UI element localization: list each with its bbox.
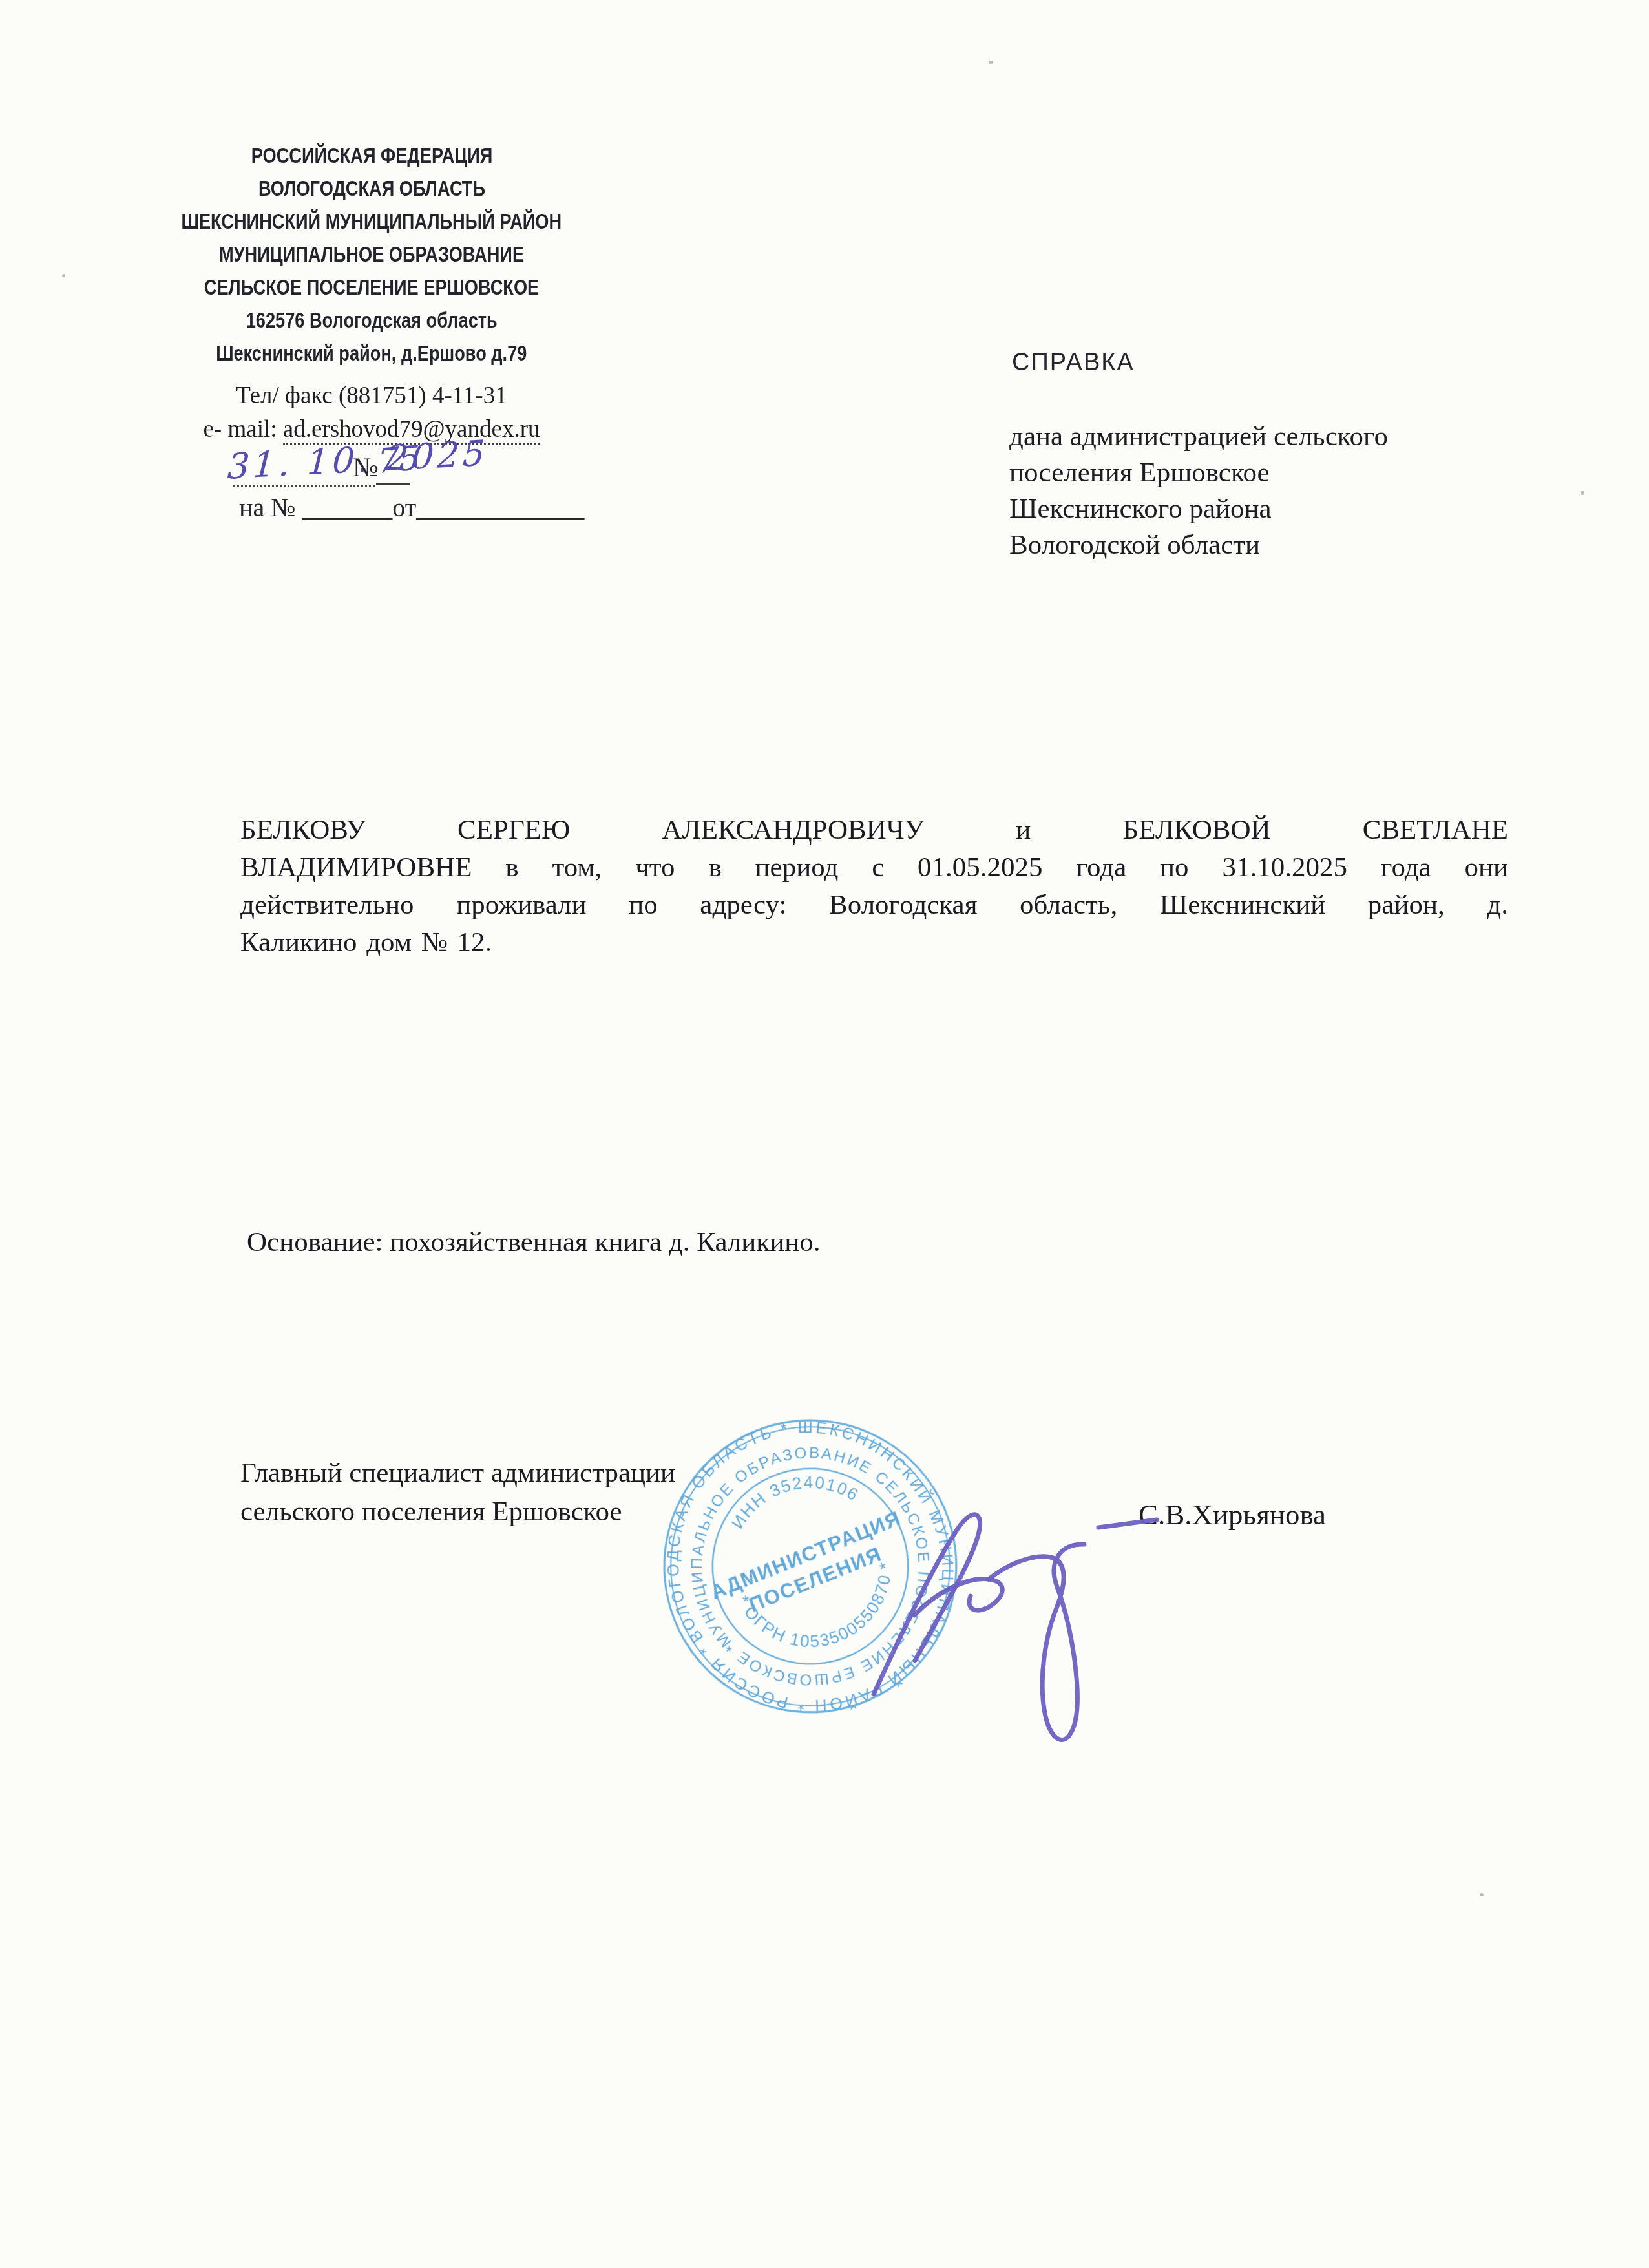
date-underline (233, 461, 375, 487)
scan-speck (989, 61, 993, 64)
email-label: e- mail: (203, 416, 282, 443)
signature-stroke (989, 1544, 1084, 1740)
letterhead-line: СЕЛЬСКОЕ ПОСЕЛЕНИЕ ЕРШОВСКОЕ (189, 271, 554, 304)
basis-line: Основание: похозяйственная книга д. Кали… (247, 1226, 820, 1258)
signer-position-line: Главный специалист администрации (240, 1454, 675, 1493)
body-paragraph: БЕЛКОВУ СЕРГЕЮ АЛЕКСАНДРОВИЧУ и БЕЛКОВОЙ… (240, 812, 1508, 961)
certificate-title: СПРАВКА (1012, 349, 1135, 377)
issuer-line: Вологодской области (1009, 527, 1388, 563)
issuer-block: дана администрацией сельского поселения … (1009, 419, 1388, 563)
signer-position-line: сельского поселения Ершовское (240, 1493, 675, 1531)
phone-line: Тел/ факс (881751) 4-11-31 (189, 379, 554, 412)
scan-speck (62, 274, 65, 277)
handwritten-signature (834, 1480, 1195, 1803)
issuer-line: дана администрацией сельского (1009, 419, 1388, 455)
body-line: БЕЛКОВУ СЕРГЕЮ АЛЕКСАНДРОВИЧУ и БЕЛКОВОЙ… (240, 812, 1508, 849)
scanned-certificate-page: РОССИЙСКАЯ ФЕДЕРАЦИЯ ВОЛОГОДСКАЯ ОБЛАСТЬ… (0, 0, 1649, 2268)
reference-number-line: на № _______от_____________ (239, 492, 584, 523)
body-line: ВЛАДИМИРОВНЕ в том, что в период с 01.05… (240, 849, 1508, 887)
body-line: Каликино дом № 12. (240, 924, 1508, 961)
body-line: действительно проживали по адресу: Волог… (240, 887, 1508, 924)
letterhead-line: ВОЛОГОДСКАЯ ОБЛАСТЬ (189, 173, 554, 205)
letterhead-block: РОССИЙСКАЯ ФЕДЕРАЦИЯ ВОЛОГОДСКАЯ ОБЛАСТЬ… (189, 140, 554, 447)
scan-speck (1581, 491, 1584, 495)
letterhead-line: Шекснинский район, д.Ершово д.79 (189, 337, 554, 370)
issuer-line: Шекснинского района (1009, 491, 1388, 527)
signature-stroke (1098, 1520, 1157, 1528)
scan-speck (1480, 1893, 1484, 1896)
signer-position-block: Главный специалист администрации сельско… (240, 1454, 675, 1531)
issuer-line: поселения Ершовское (1009, 455, 1388, 491)
letterhead-line: РОССИЙСКАЯ ФЕДЕРАЦИЯ (189, 140, 554, 173)
letterhead-line: ШЕКСНИНСКИЙ МУНИЦИПАЛЬНЫЙ РАЙОН (189, 205, 554, 238)
number-underline (376, 460, 410, 485)
letterhead-line: МУНИЦИПАЛЬНОЕ ОБРАЗОВАНИЕ (189, 238, 554, 271)
letterhead-line: 162576 Вологодская область (189, 304, 554, 337)
